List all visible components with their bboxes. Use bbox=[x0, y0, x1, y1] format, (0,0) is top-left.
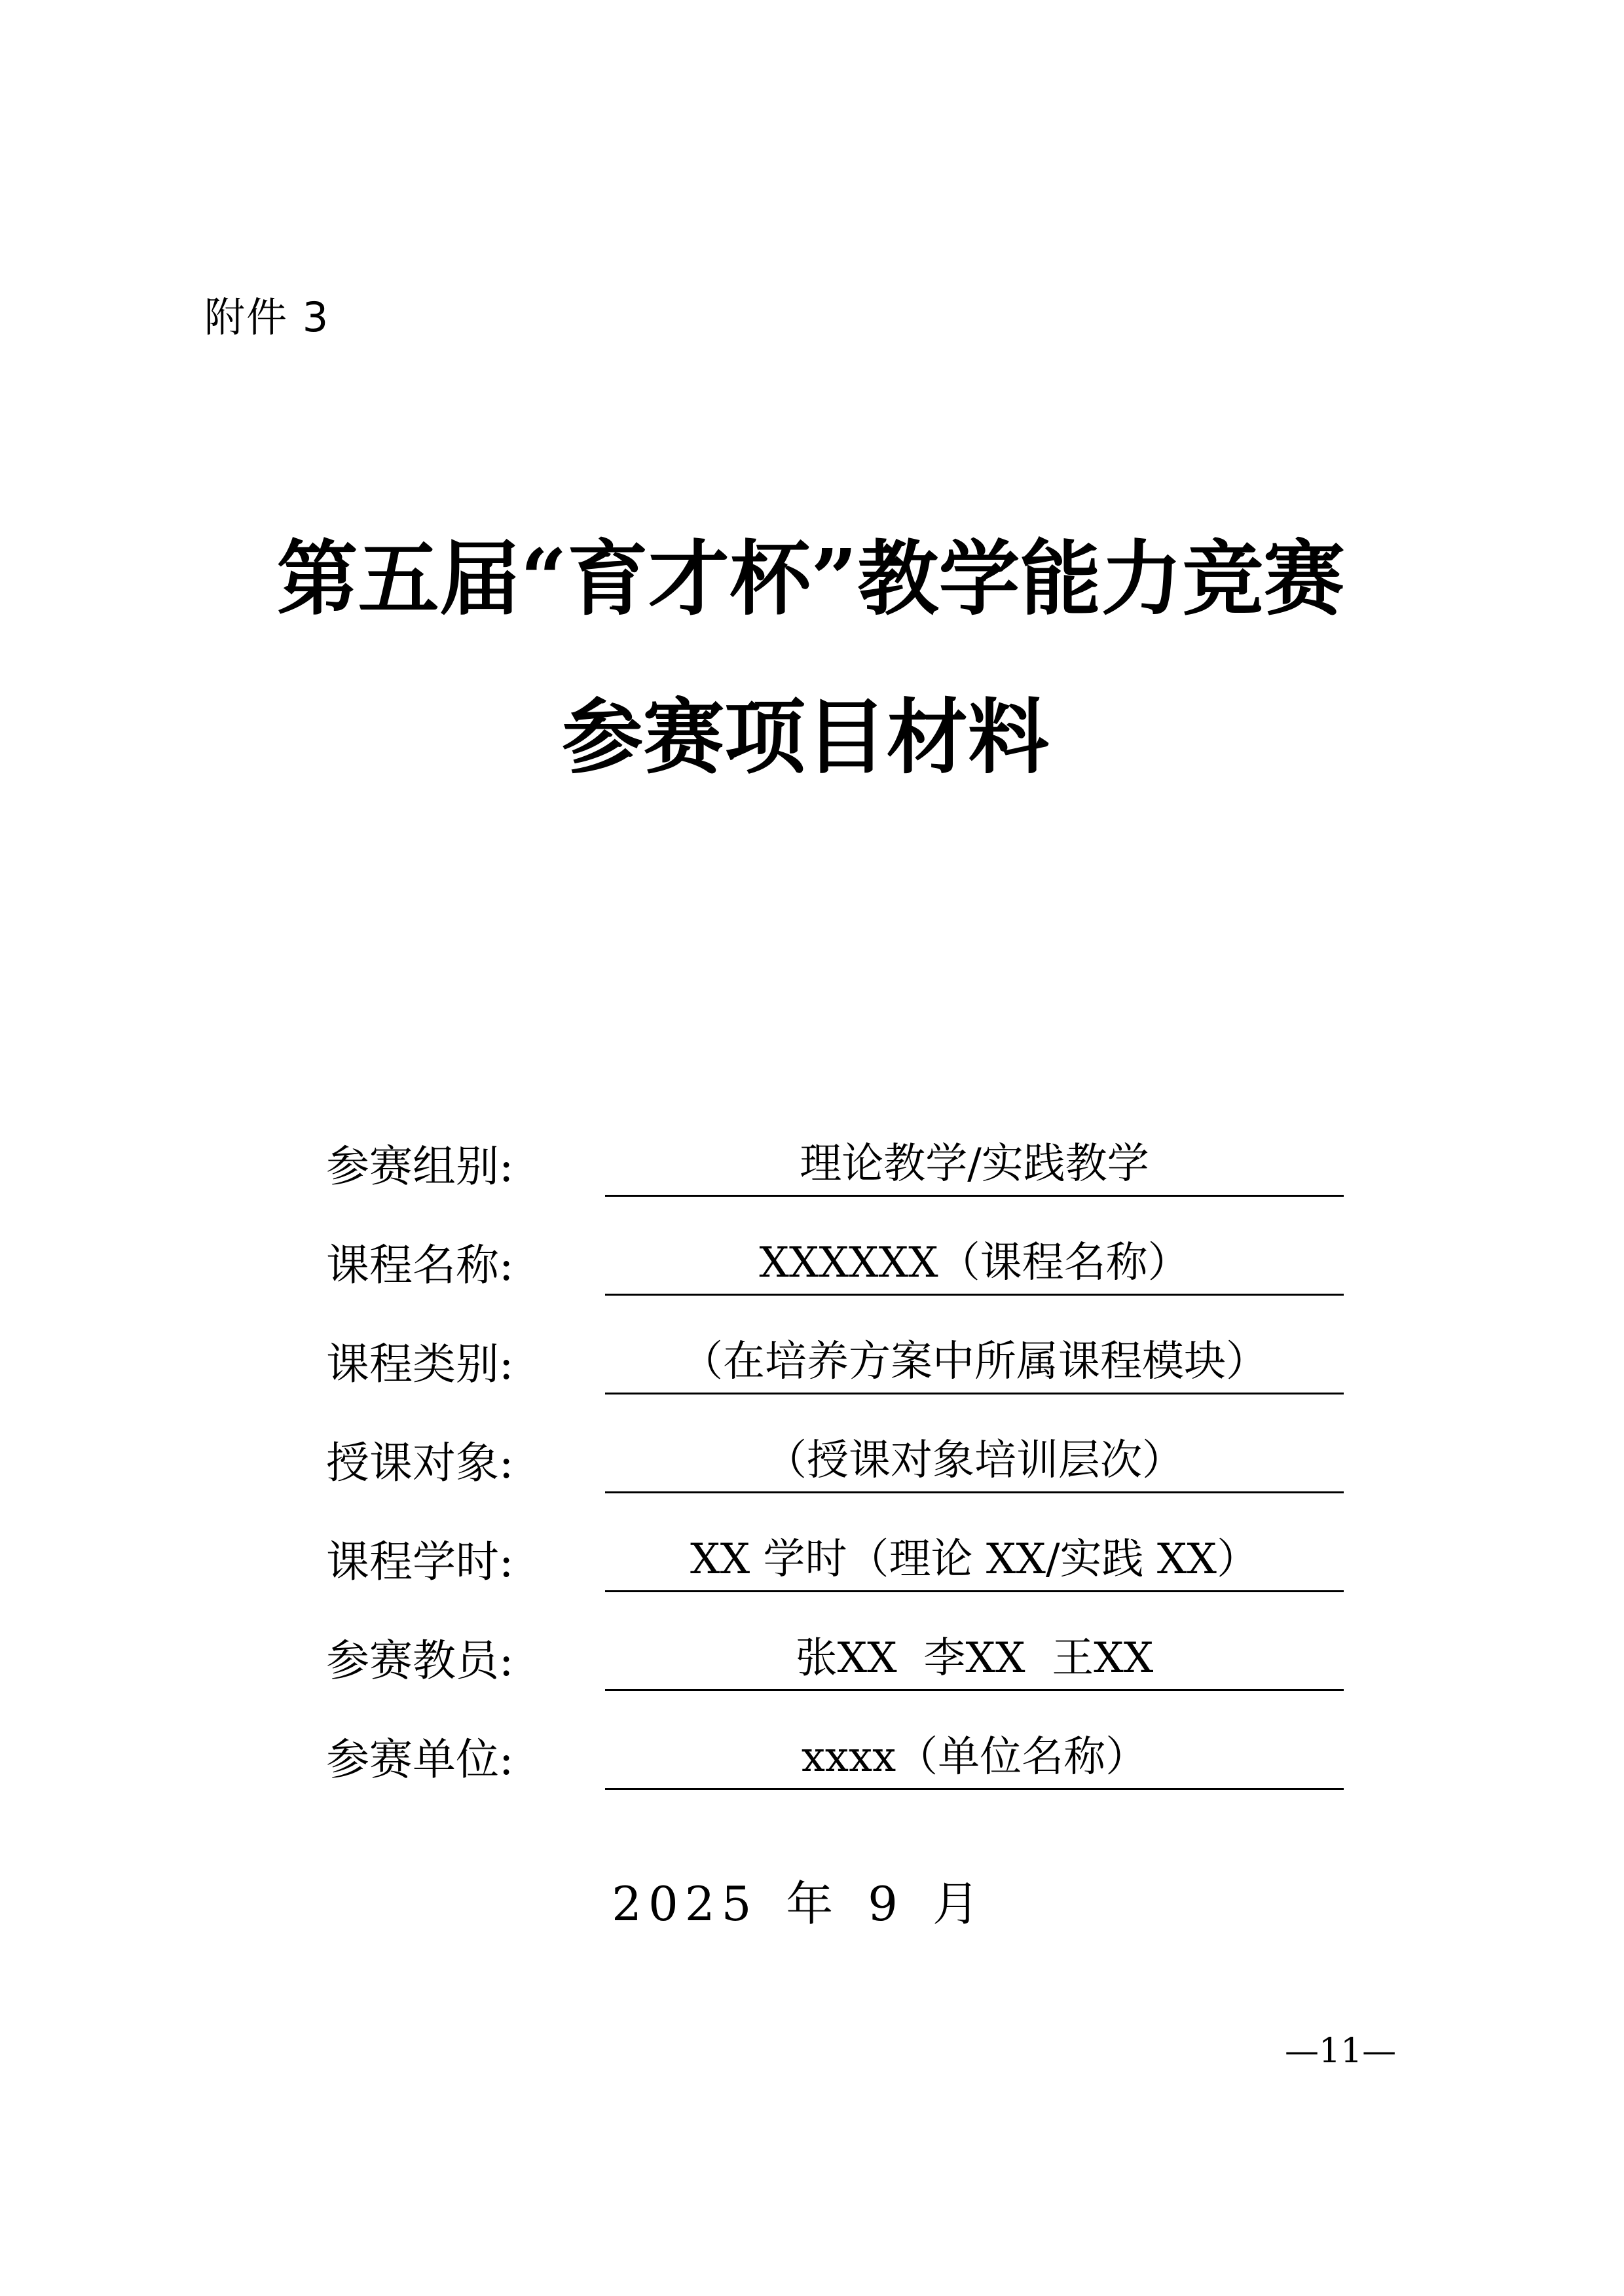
form-value: 张XX 李XX 王XX bbox=[605, 1632, 1344, 1685]
form-row-organization: 参赛单位: xxxx（单位名称） bbox=[0, 1691, 1624, 1790]
form-row-competition-group: 参赛组别: 理论教学/实践教学 bbox=[0, 1098, 1624, 1197]
form-label: 授课对象: bbox=[326, 1437, 513, 1489]
form-value: xxxx（单位名称） bbox=[605, 1731, 1344, 1783]
form-label: 参赛单位: bbox=[326, 1734, 513, 1786]
form-row-course-hours: 课程学时: XX 学时（理论 XX/实践 XX） bbox=[0, 1493, 1624, 1592]
form-value: XX 学时（理论 XX/实践 XX） bbox=[605, 1533, 1344, 1586]
document-title-line-2: 参赛项目材料 bbox=[0, 689, 1617, 787]
form-label: 参赛教员: bbox=[326, 1635, 513, 1687]
attachment-label: 附件 3 bbox=[204, 293, 329, 342]
form-label: 课程名称: bbox=[326, 1239, 513, 1292]
form-row-course-category: 课程类别: （在培养方案中所属课程模块） bbox=[0, 1296, 1624, 1394]
document-date: 2025 年 9 月 bbox=[0, 1871, 1624, 1937]
form-label: 课程学时: bbox=[326, 1536, 513, 1588]
form-value: 理论教学/实践教学 bbox=[605, 1138, 1344, 1190]
form-value: （授课对象培训层次） bbox=[605, 1434, 1344, 1487]
form-value: （在培养方案中所属课程模块） bbox=[605, 1336, 1344, 1388]
page-number: —11— bbox=[1285, 2028, 1396, 2074]
underline-divider bbox=[605, 1788, 1344, 1790]
form-row-audience: 授课对象: （授课对象培训层次） bbox=[0, 1394, 1624, 1493]
form-value: XXXXXX（课程名称） bbox=[605, 1237, 1344, 1289]
form-label: 课程类别: bbox=[326, 1338, 513, 1391]
form-row-instructors: 参赛教员: 张XX 李XX 王XX bbox=[0, 1592, 1624, 1691]
form-row-course-name: 课程名称: XXXXXX（课程名称） bbox=[0, 1197, 1624, 1296]
document-title-line-1: 第五届“育才杯”教学能力竞赛 bbox=[0, 530, 1624, 629]
document-page: 附件 3 第五届“育才杯”教学能力竞赛 参赛项目材料 参赛组别: 理论教学/实践… bbox=[0, 0, 1624, 2296]
form-label: 参赛组别: bbox=[326, 1140, 513, 1193]
